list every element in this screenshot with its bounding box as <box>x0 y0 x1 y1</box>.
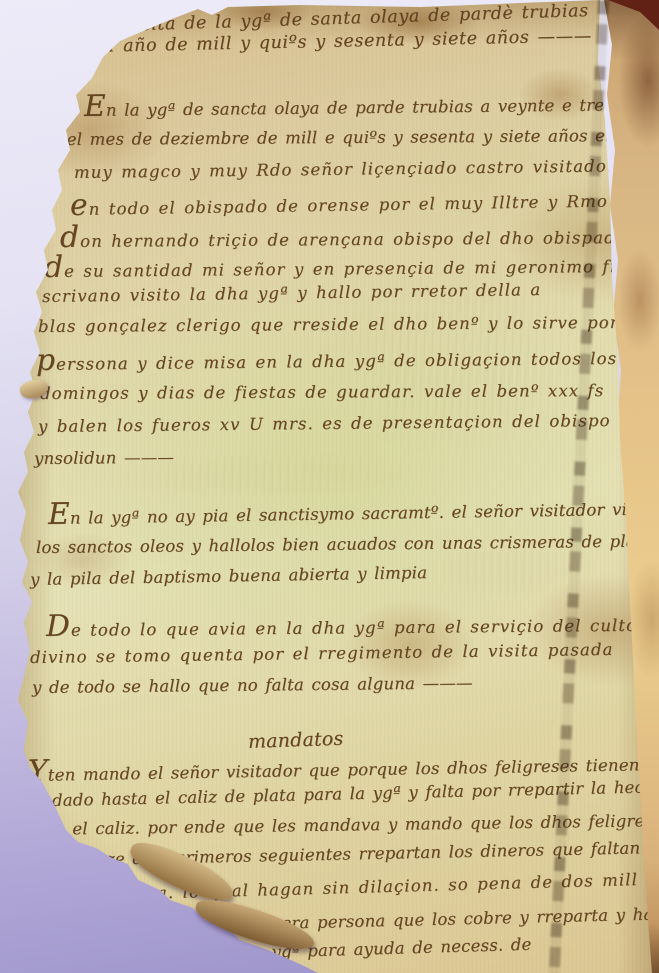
entry-line: en todo el obispado de orense por el muy… <box>70 188 659 219</box>
sacrament-line: y la pila del baptismo buena abierta y l… <box>30 565 428 588</box>
inventory-line: y de todo se hallo que no falta cosa alg… <box>32 675 473 696</box>
entry-line: domingos y dias de fiestas de guardar. v… <box>40 383 604 402</box>
inventory-line: De todo lo que avia en la dha ygª para e… <box>46 613 637 640</box>
inventory-line: divino se tomo quenta por el rregimento … <box>30 642 614 667</box>
entry-line: don hernando triçio de arençana obispo d… <box>60 225 659 251</box>
entry-line: ynsolidun ——— <box>34 450 174 468</box>
entry-line: muy magco y muy Rdo señor liçençiado cas… <box>74 158 659 182</box>
manuscript-photograph: Visita de la ygª de santa olaya de pardè… <box>0 0 659 973</box>
entry-line: del mes de deziembre de mill e quiºs y s… <box>56 128 611 148</box>
entry-line: de su santidad mi señor y en presençia d… <box>44 253 659 280</box>
entry-line: blas gonçalez clerigo que rreside el dho… <box>38 315 649 336</box>
sacrament-line: En la ygª no ay pia el sanctisymo sacram… <box>48 496 658 527</box>
entry-line: En la ygª de sancta olaya de parde trubi… <box>84 92 655 119</box>
section-title: mandatos <box>248 730 344 752</box>
